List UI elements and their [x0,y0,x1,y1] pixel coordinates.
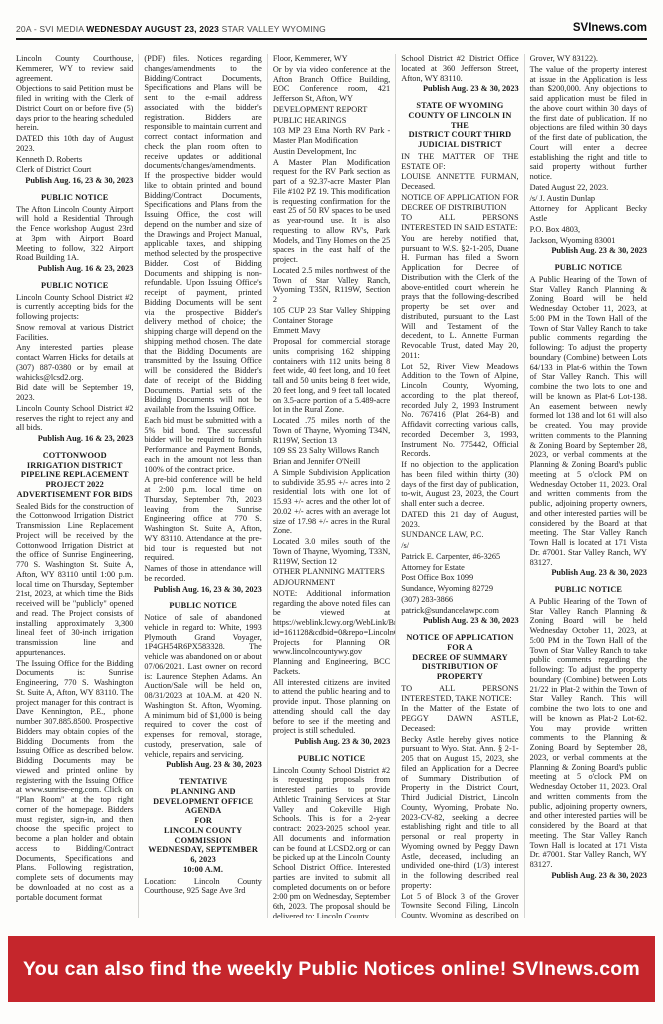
notice-paragraph: TO ALL PERSONS INTERESTED, TAKE NOTICE: [401,684,518,704]
publish-line: Publish Aug. 16, 23 & 30, 2023 [16,176,133,186]
notice-paragraph: Lincoln County School District #2 reserv… [16,404,133,433]
notice-paragraph: Dated August 22, 2023. [530,183,647,193]
notice-paragraph: Each bid must be submitted with a 5% bid… [144,416,261,475]
publish-line: Publish Aug. 23 & 30, 2023 [530,871,647,881]
masthead-location: STAR VALLEY WYOMING [219,24,326,34]
notice-paragraph: The value of the property interest at is… [530,65,647,182]
notice-paragraph: LOUISE ANNETTE FURMAN, Deceased. [401,172,518,192]
masthead: 20A - SVI MEDIA WEDNESDAY AUGUST 23, 202… [16,22,647,40]
publish-line: Publish Aug. 23 & 30, 2023 [401,616,518,626]
publish-line: Publish Aug. 16 & 23, 2023 [16,264,133,274]
notice-paragraph: Lot 5 of Block 3 of the Grover Townsite … [401,892,518,919]
notice-paragraph: Snow removal at various District Facilit… [16,323,133,343]
notice-paragraph: NOTICE OF APPLICATION FOR DECREE OF DIST… [401,193,518,213]
notice-paragraph: /s/ [401,541,518,551]
notice-paragraph: Sealed Bids for the construction of the … [16,502,133,658]
notice-paragraph: Attorney for Estate [401,563,518,573]
notice-paragraph: (307) 283-3866 [401,595,518,605]
notice-paragraph: The Afton Lincoln County Airport will ho… [16,205,133,264]
masthead-date: WEDNESDAY AUGUST 23, 2023 [86,24,219,34]
masthead-left: 20A - SVI MEDIA WEDNESDAY AUGUST 23, 202… [16,24,326,34]
notice-paragraph: Lincoln County Courthouse, Kemmerer, WY … [16,54,133,83]
notice-paragraph: P.O. Box 4803, [530,225,647,235]
notice-paragraph: Located .75 miles north of the Town of T… [273,416,390,445]
notice-columns: Lincoln County Courthouse, Kemmerer, WY … [16,54,647,918]
notice-paragraph: Notice of sale of abandoned vehicle in r… [144,613,261,759]
notice-paragraph: Or by via video conference at the Afton … [273,65,390,104]
notice-heading: PUBLIC NOTICE [16,193,133,203]
notice-paragraph: DATED this 10th day of August 2023. [16,134,133,154]
notice-heading: COTTONWOOD IRRIGATION DISTRICT PIPELINE … [16,451,133,500]
notice-paragraph: Patrick E. Carpenter, #6-3265 [401,552,518,562]
notice-heading: TENTATIVE PLANNING AND DEVELOPMENT OFFIC… [144,777,261,875]
notice-heading: PUBLIC NOTICE [273,754,390,764]
notice-heading: PUBLIC NOTICE [530,585,647,595]
notice-paragraph: Grover, WY 83122). [530,54,647,64]
notice-paragraph: Brian and Jennifer O'Neill [273,457,390,467]
notice-paragraph: PUBLIC HEARINGS [273,116,390,126]
notice-paragraph: Located 2.5 miles northwest of the Town … [273,266,390,305]
notice-heading: NOTICE OF APPLICATION FOR A DECREE OF SU… [401,633,518,682]
notice-paragraph: ADJOURNMENT [273,578,390,588]
notice-paragraph: School District #2 District Office locat… [401,54,518,83]
banner-text: You can also find the weekly Public Noti… [23,958,640,981]
notice-paragraph: Location: Lincoln County Courthouse, 925… [144,877,261,897]
notice-paragraph: Post Office Box 1099 [401,573,518,583]
notice-paragraph: TO ALL PERSONS INTERESTED IN SAID ESTATE… [401,213,518,233]
notice-paragraph: Objections to said Petition must be file… [16,84,133,133]
notice-paragraph: Emmett Mavy [273,326,390,336]
notice-column-1: Lincoln County Courthouse, Kemmerer, WY … [16,54,138,918]
notice-paragraph: SUNDANCE LAW, P.C. [401,530,518,540]
notice-paragraph: A Public Hearing of the Town of Star Val… [530,275,647,568]
page-label: 20A - SVI MEDIA [16,24,86,34]
notice-paragraph: Lincoln County School District #2 is req… [273,766,390,919]
notice-paragraph: A Master Plan Modification request for t… [273,158,390,265]
public-notices-banner: You can also find the weekly Public Noti… [8,936,655,1002]
notice-heading: PUBLIC NOTICE [530,263,647,273]
notice-paragraph: You are hereby notified that, pursuant t… [401,234,518,361]
notice-paragraph: DEVELOPMENT REPORT [273,105,390,115]
notice-paragraph: The Issuing Office for the Bidding Docum… [16,659,133,903]
notice-heading: PUBLIC NOTICE [144,601,261,611]
notice-paragraph: Kenneth D. Roberts [16,155,133,165]
notice-paragraph: Clerk of District Court [16,165,133,175]
notice-paragraph: Floor, Kemmerer, WY [273,54,390,64]
notice-paragraph: Becky Astle hereby gives notice pursuant… [401,735,518,891]
notice-paragraph: A Simple Subdivision Application to subd… [273,468,390,536]
notice-column-2: (PDF) files. Notices regarding changes/a… [138,54,266,918]
publish-line: Publish Aug. 16, 23 & 30, 2023 [144,585,261,595]
notice-paragraph: DATED this 21 day of August, 2023. [401,510,518,530]
notice-column-4: School District #2 District Office locat… [395,54,523,918]
notice-paragraph: Proposal for commercial storage units co… [273,337,390,415]
notice-paragraph: If no objection to the application has b… [401,460,518,509]
newspaper-page: 20A - SVI MEDIA WEDNESDAY AUGUST 23, 202… [0,0,663,1024]
notice-paragraph: (PDF) files. Notices regarding changes/a… [144,54,261,415]
notice-paragraph: Located 3.0 miles south of the Town of T… [273,537,390,566]
notice-paragraph: A Public Hearing of the Town of Star Val… [530,597,647,870]
publish-line: Publish Aug. 16 & 23, 2023 [16,434,133,444]
notice-paragraph: Lincoln County School District #2 is cur… [16,293,133,322]
notice-paragraph: Jackson, Wyoming 83001 [530,236,647,246]
notice-paragraph: All interested citizens are invited to a… [273,678,390,737]
notice-paragraph: patrick@sundancelawpc.com [401,606,518,616]
publish-line: Publish Aug. 23 & 30, 2023 [401,84,518,94]
notice-paragraph: 103 MP 23 Etna North RV Park - Master Pl… [273,126,390,146]
notice-paragraph: Names of those in attendance will be rec… [144,564,261,584]
notice-paragraph: Bid date will be September 19, 2023. [16,383,133,403]
publish-line: Publish Aug. 23 & 30, 2023 [273,737,390,747]
notice-paragraph: Any interested parties please contact Wa… [16,343,133,382]
publish-line: Publish Aug. 23 & 30, 2023 [144,760,261,770]
publish-line: Publish Aug. 23 & 30, 2023 [530,568,647,578]
notice-paragraph: Lot 52, River View Meadows Addition to t… [401,362,518,460]
notice-paragraph: Austin Development, Inc [273,147,390,157]
notice-paragraph: 109 SS 23 Salty Willows Ranch [273,446,390,456]
notice-heading: STATE OF WYOMING COUNTY OF LINCOLN IN TH… [401,101,518,150]
publish-line: Publish Aug. 23 & 30, 2023 [530,246,647,256]
notice-column-5: Grover, WY 83122).The value of the prope… [524,54,647,918]
notice-paragraph: NOTE: Additional information regarding t… [273,589,390,677]
masthead-site-url: SVInews.com [573,22,647,34]
notice-paragraph: In the Matter of the Estate of PEGGY DAW… [401,704,518,733]
notice-paragraph: /s/ J. Austin Dunlap [530,194,647,204]
notice-paragraph: Sundance, Wyoming 82729 [401,584,518,594]
notice-paragraph: IN THE MATTER OF THE ESTATE OF: [401,152,518,172]
notice-paragraph: 105 CUP 23 Star Valley Shipping Containe… [273,306,390,326]
notice-heading: PUBLIC NOTICE [16,281,133,291]
notice-paragraph: Attorney for Applicant Becky Astle [530,204,647,224]
notice-column-3: Floor, Kemmerer, WYOr by via video confe… [267,54,395,918]
notice-paragraph: A pre-bid conference will be held at 2:0… [144,475,261,563]
notice-paragraph: OTHER PLANNING MATTERS [273,567,390,577]
